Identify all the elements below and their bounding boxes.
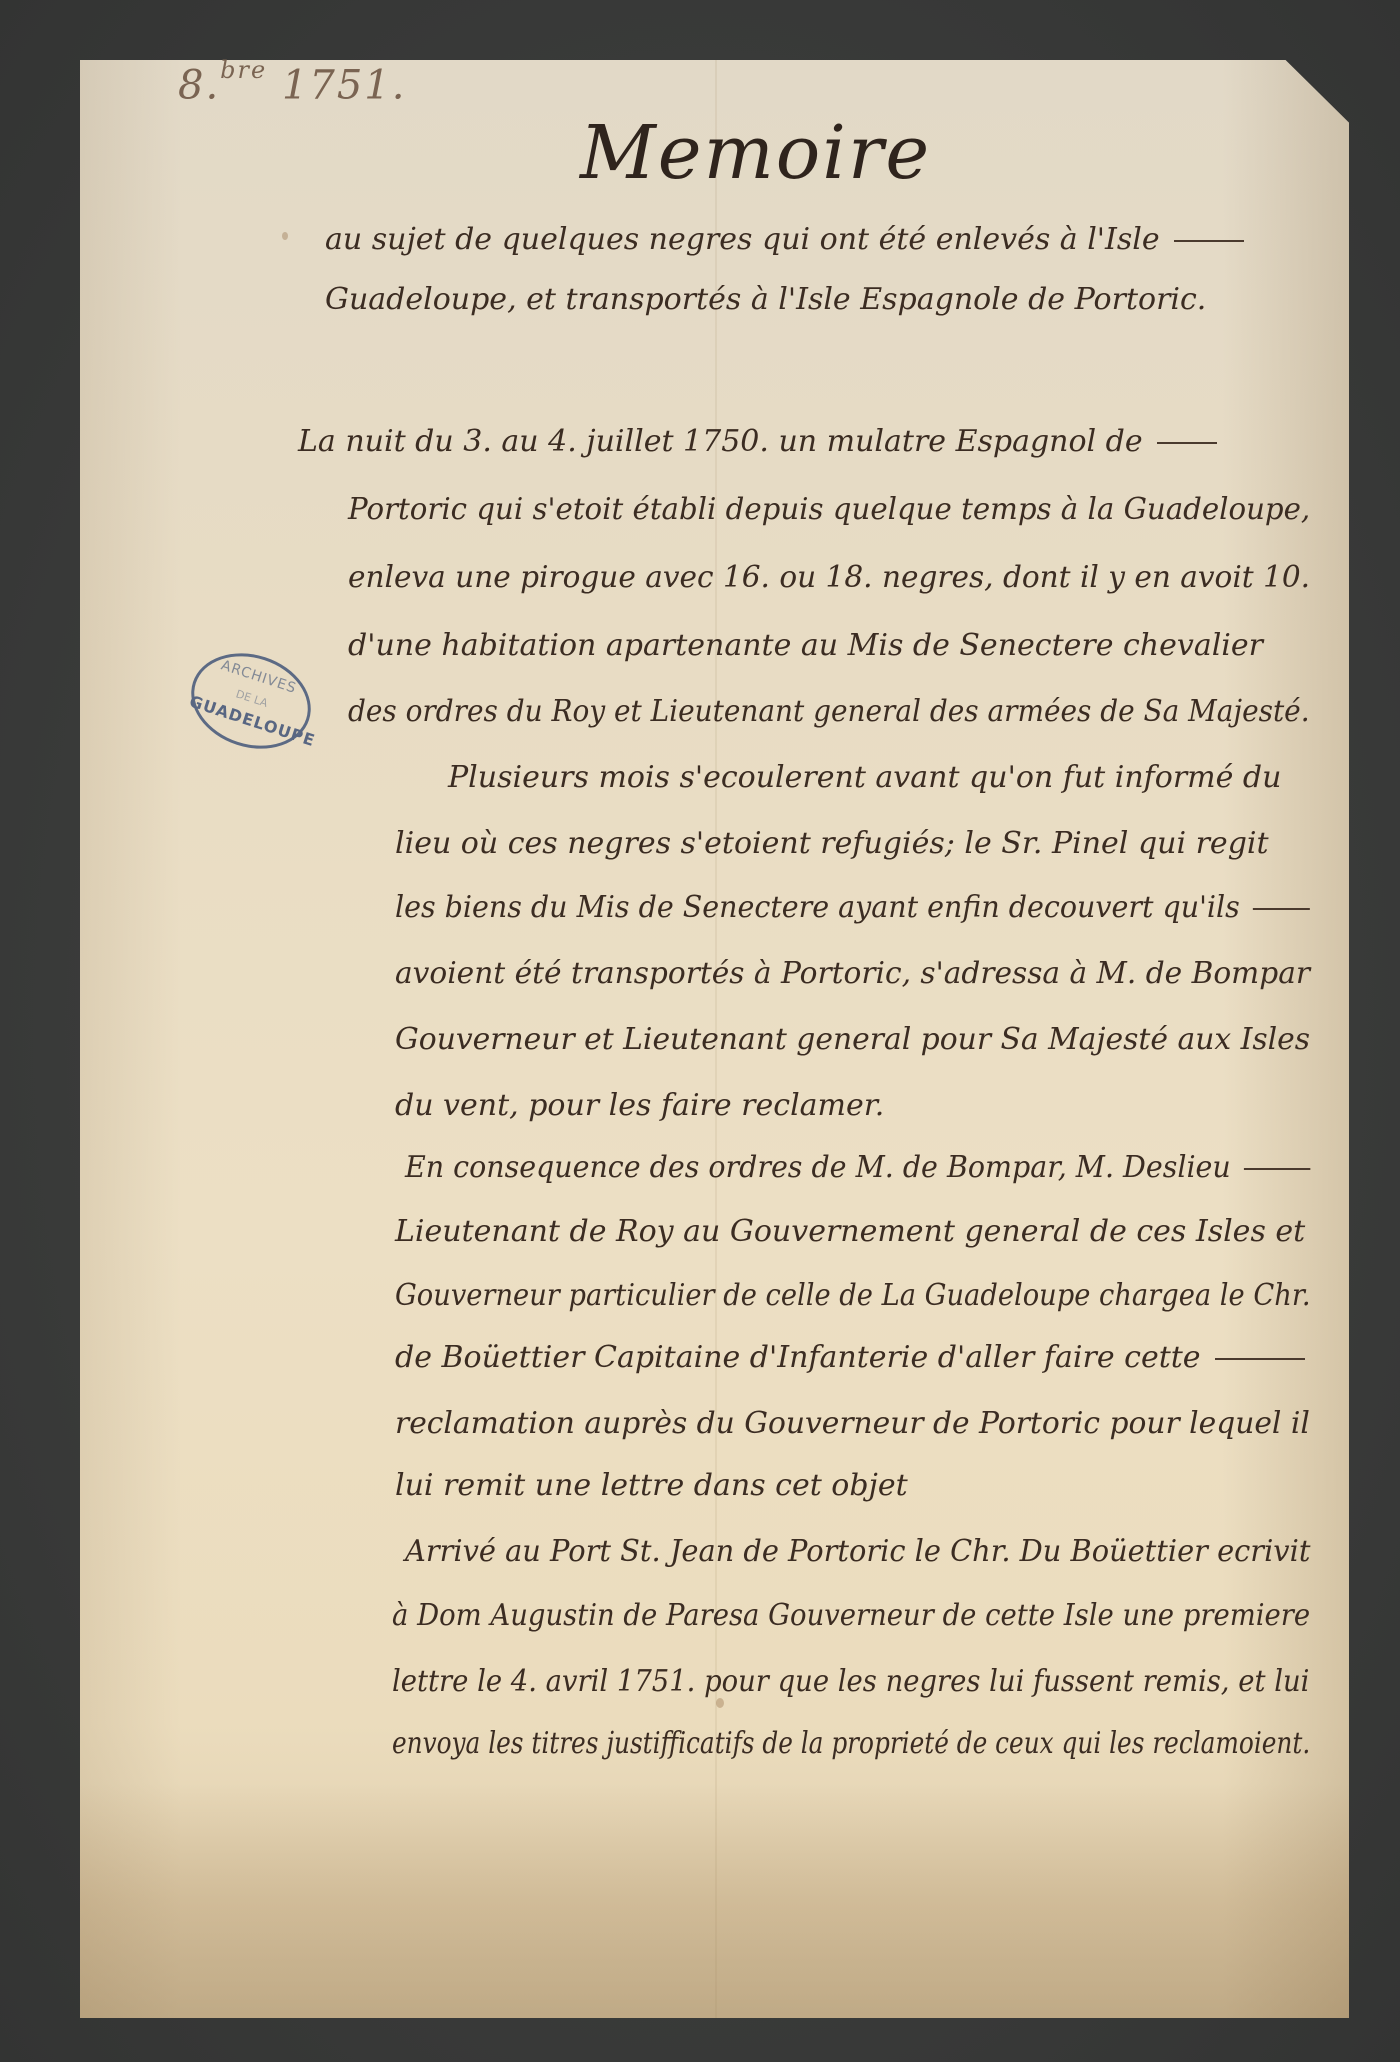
paragraph-3-line-4: de Boüettier Capitaine d'Infanterie d'al… [395,1340,1305,1375]
paragraph-2-line-3: les biens du Mis de Senectere ayant enfi… [395,890,1310,925]
paragraph-2-line-4: avoient été transportés à Portoric, s'ad… [395,956,1310,991]
date-day: 8. [178,62,220,108]
paragraph-3-line-1: En consequence des ordres de M. de Bompa… [405,1150,1310,1185]
date-month: bre [220,56,267,84]
line-filler-dash [1253,908,1310,910]
paragraph-4-line-4: envoya les titres justifficatifs de la p… [392,1726,1310,1761]
paragraph-1-line-1: La nuit du 3. au 4. juillet 1750. un mul… [298,424,1217,459]
paragraph-3-line-5: reclamation auprès du Gouverneur de Port… [395,1406,1310,1441]
line-text: La nuit du 3. au 4. juillet 1750. un mul… [298,424,1143,459]
paragraph-4-line-3: lettre le 4. avril 1751. pour que les ne… [392,1664,1309,1699]
paragraph-4-line-2: à Dom Augustin de Paresa Gouverneur de c… [392,1598,1310,1633]
paragraph-2-line-6: du vent, pour les faire reclamer. [395,1088,884,1123]
subtitle-line-1: au sujet de quelques negres qui ont été … [325,222,1244,257]
paragraph-2-line-5: Gouverneur et Lieutenant general pour Sa… [395,1022,1310,1057]
line-text: les biens du Mis de Senectere ayant enfi… [395,890,1240,925]
paragraph-3-line-3: Gouverneur particulier de celle de La Gu… [395,1278,1311,1313]
paragraph-4-line-1: Arrivé au Port St. Jean de Portoric le C… [405,1534,1310,1569]
paragraph-1-line-2: Portoric qui s'etoit établi depuis quelq… [348,492,1310,527]
document-title: Memoire [580,110,931,196]
line-filler-dash [1244,1168,1310,1170]
paragraph-3-line-6: lui remit une lettre dans cet objet [395,1468,908,1503]
paragraph-3-line-2: Lieutenant de Roy au Gouvernement genera… [395,1214,1305,1249]
date-year: 1751. [282,62,407,108]
paragraph-2-line-1: Plusieurs mois s'ecoulerent avant qu'on … [448,760,1281,795]
line-text: En consequence des ordres de M. de Bompa… [405,1150,1231,1185]
subtitle-text: au sujet de quelques negres qui ont été … [325,222,1160,257]
line-filler-dash [1157,442,1217,444]
date-annotation: 8.bre 1751. [178,62,406,108]
ink-spot [716,1698,724,1708]
paragraph-2-line-2: lieu où ces negres s'etoient refugiés; l… [395,826,1269,861]
paragraph-1-line-4: d'une habitation apartenante au Mis de S… [348,628,1263,663]
ink-spot [282,232,288,240]
subtitle-line-2: Guadeloupe, et transportés à l'Isle Espa… [325,282,1206,317]
line-filler-dash [1215,1358,1305,1360]
line-text: de Boüettier Capitaine d'Infanterie d'al… [395,1340,1201,1375]
line-filler-dash [1174,240,1244,242]
paragraph-1-line-5: des ordres du Roy et Lieutenant general … [348,694,1310,729]
paragraph-1-line-3: enleva une pirogue avec 16. ou 18. negre… [348,560,1310,595]
